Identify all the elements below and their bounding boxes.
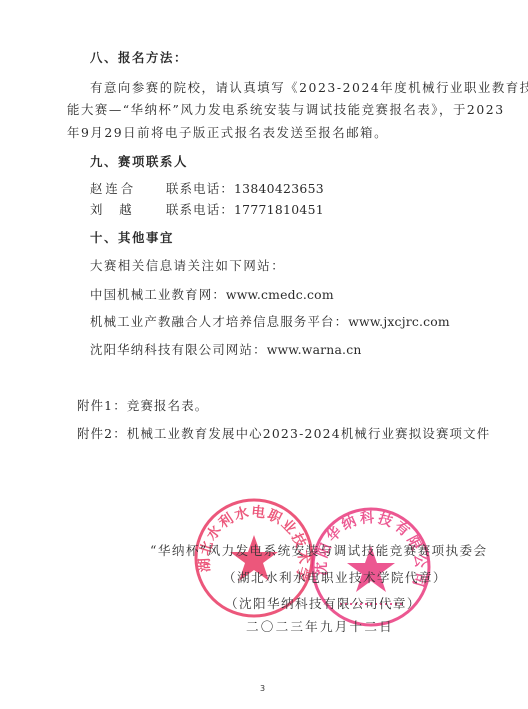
attachment-1: 附件1：竞赛报名表。 [77,398,208,414]
website-row: 机械工业产教融合人才培养信息服务平台：www.jxcjrc.com [90,314,450,330]
websites-intro: 大赛相关信息请关注如下网站： [90,258,285,274]
document-page: 八、报名方法： 有意向参赛的院校，请认真填写《2023-2024年度机械行业职业… [0,0,528,709]
signature-committee: “华纳杯”风力发电系统安装与调试技能竞赛赛项执委会 [150,543,488,559]
attachment-2: 附件2：机械工业教育发展中心2023-2024机械行业赛拟设赛项文件 [77,426,490,442]
contact-name: 刘 越 [90,202,166,218]
website-label: 沈阳华纳科技有限公司网站： [90,342,267,357]
contact-row: 赵连合联系电话：13840423653 [90,181,324,197]
paragraph-line: 有意向参赛的院校，请认真填写《2023-2024年度机械行业职业教育技 [90,80,528,96]
page-number: 3 [260,684,265,693]
website-row: 沈阳华纳科技有限公司网站：www.warna.cn [90,342,362,358]
website-label: 中国机械工业教育网： [90,287,226,302]
contact-phone: 13840423653 [234,181,324,196]
signature-org-warna: （沈阳华纳科技有限公司代章） [225,596,421,612]
contact-phone-label: 联系电话： [166,202,234,217]
section-heading-registration: 八、报名方法： [90,50,188,66]
section-heading-contacts: 九、赛项联系人 [90,154,188,170]
website-link[interactable]: www.warna.cn [267,342,362,357]
paragraph-line: 能大赛—“华纳杯”风力发电系统安装与调试技能竞赛报名表》，于2023 [67,102,505,118]
website-link[interactable]: www.cmedc.com [226,287,334,302]
contact-phone: 17771810451 [234,202,324,217]
website-link[interactable]: www.jxcjrc.com [348,314,450,329]
signature-date: 二〇二三年九月十二日 [246,619,394,635]
contact-phone-label: 联系电话： [166,181,234,196]
contact-name: 赵连合 [90,181,166,197]
paragraph-line: 年9月29日前将电子版正式报名表发送至报名邮箱。 [67,125,388,141]
signature-org-hubei: （湖北水利水电职业技术学院代章） [223,570,447,586]
section-heading-other: 十、其他事宜 [90,230,174,246]
contact-row: 刘 越联系电话：17771810451 [90,202,324,218]
website-label: 机械工业产教融合人才培养信息服务平台： [90,314,348,329]
website-row: 中国机械工业教育网：www.cmedc.com [90,287,334,303]
